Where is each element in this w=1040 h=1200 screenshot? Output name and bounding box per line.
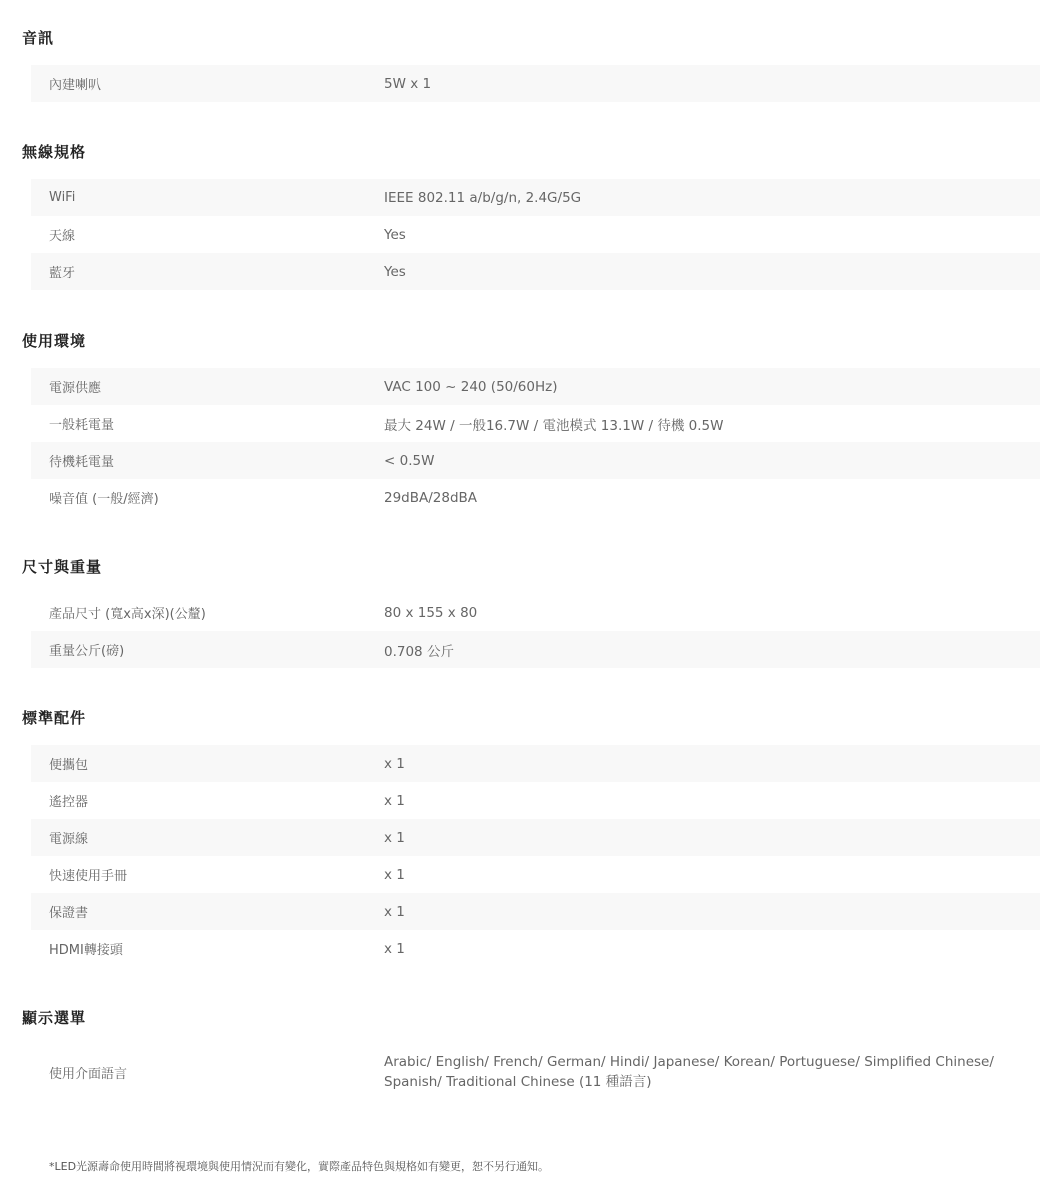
spec-value: x 1 <box>384 793 1040 809</box>
spec-row: 天線 Yes <box>31 216 1040 253</box>
spec-value: Arabic/ English/ French/ German/ Hindi/ … <box>384 1052 1040 1092</box>
section-title-osd: 顯示選單 <box>22 1007 86 1028</box>
spec-row: 遙控器 x 1 <box>31 782 1040 819</box>
spec-label: 天線 <box>31 225 384 244</box>
spec-label: 保證書 <box>31 902 384 921</box>
spec-label: 重量公斤(磅) <box>31 640 384 659</box>
spec-label: 電源供應 <box>31 377 384 396</box>
spec-value: x 1 <box>384 867 1040 883</box>
spec-label: 待機耗電量 <box>31 451 384 470</box>
spec-row: WiFi IEEE 802.11 a/b/g/n, 2.4G/5G <box>31 179 1040 216</box>
spec-row: 便攜包 x 1 <box>31 745 1040 782</box>
spec-row: 電源供應 VAC 100 ~ 240 (50/60Hz) <box>31 368 1040 405</box>
spec-value: x 1 <box>384 756 1040 772</box>
spec-row: 快速使用手冊 x 1 <box>31 856 1040 893</box>
spec-label: 電源線 <box>31 828 384 847</box>
spec-label: 遙控器 <box>31 791 384 810</box>
spec-value: 5W x 1 <box>384 76 1040 92</box>
section-title-environment: 使用環境 <box>22 330 86 351</box>
spec-label: 噪音值 (一般/經濟) <box>31 488 384 507</box>
spec-value-line: Spanish/ Traditional Chinese (11 種語言) <box>384 1072 1040 1092</box>
spec-value: 0.708 公斤 <box>384 640 1040 660</box>
section-title-audio: 音訊 <box>22 27 54 48</box>
section-title-dimensions: 尺寸與重量 <box>22 556 102 577</box>
spec-value: < 0.5W <box>384 453 1040 469</box>
spec-value: 80 x 155 x 80 <box>384 605 1040 621</box>
spec-row: 保證書 x 1 <box>31 893 1040 930</box>
spec-value: 最大 24W / 一般16.7W / 電池模式 13.1W / 待機 0.5W <box>384 414 1040 434</box>
spec-label: 使用介面語言 <box>31 1063 384 1082</box>
section-title-wireless: 無線規格 <box>22 141 86 162</box>
spec-label: 產品尺寸 (寬x高x深)(公釐) <box>31 603 384 622</box>
spec-label: 藍牙 <box>31 262 384 281</box>
spec-value: x 1 <box>384 904 1040 920</box>
spec-row: 藍牙 Yes <box>31 253 1040 290</box>
spec-label: 快速使用手冊 <box>31 865 384 884</box>
spec-label: 便攜包 <box>31 754 384 773</box>
spec-row: 噪音值 (一般/經濟) 29dBA/28dBA <box>31 479 1040 516</box>
spec-row: 重量公斤(磅) 0.708 公斤 <box>31 631 1040 668</box>
spec-value: 29dBA/28dBA <box>384 490 1040 506</box>
spec-value: x 1 <box>384 941 1040 957</box>
section-title-accessories: 標準配件 <box>22 707 86 728</box>
spec-label: 一般耗電量 <box>31 414 384 433</box>
spec-value: x 1 <box>384 830 1040 846</box>
spec-row: 使用介面語言 Arabic/ English/ French/ German/ … <box>31 1036 1040 1108</box>
spec-value: Yes <box>384 227 1040 243</box>
spec-label: WiFi <box>31 190 384 205</box>
spec-row: 內建喇叭 5W x 1 <box>31 65 1040 102</box>
spec-value: VAC 100 ~ 240 (50/60Hz) <box>384 379 1040 395</box>
spec-label: 內建喇叭 <box>31 74 384 93</box>
spec-row: 產品尺寸 (寬x高x深)(公釐) 80 x 155 x 80 <box>31 594 1040 631</box>
spec-row: 待機耗電量 < 0.5W <box>31 442 1040 479</box>
spec-label: HDMI轉接頭 <box>31 939 384 958</box>
spec-value-line: Arabic/ English/ French/ German/ Hindi/ … <box>384 1052 1040 1072</box>
spec-value: IEEE 802.11 a/b/g/n, 2.4G/5G <box>384 190 1040 206</box>
footnote: *LED光源壽命使用時間將視環境與使用情況而有變化，實際產品特色與規格如有變更，… <box>49 1158 549 1174</box>
spec-row: 電源線 x 1 <box>31 819 1040 856</box>
spec-row: HDMI轉接頭 x 1 <box>31 930 1040 967</box>
spec-value: Yes <box>384 264 1040 280</box>
spec-row: 一般耗電量 最大 24W / 一般16.7W / 電池模式 13.1W / 待機… <box>31 405 1040 442</box>
